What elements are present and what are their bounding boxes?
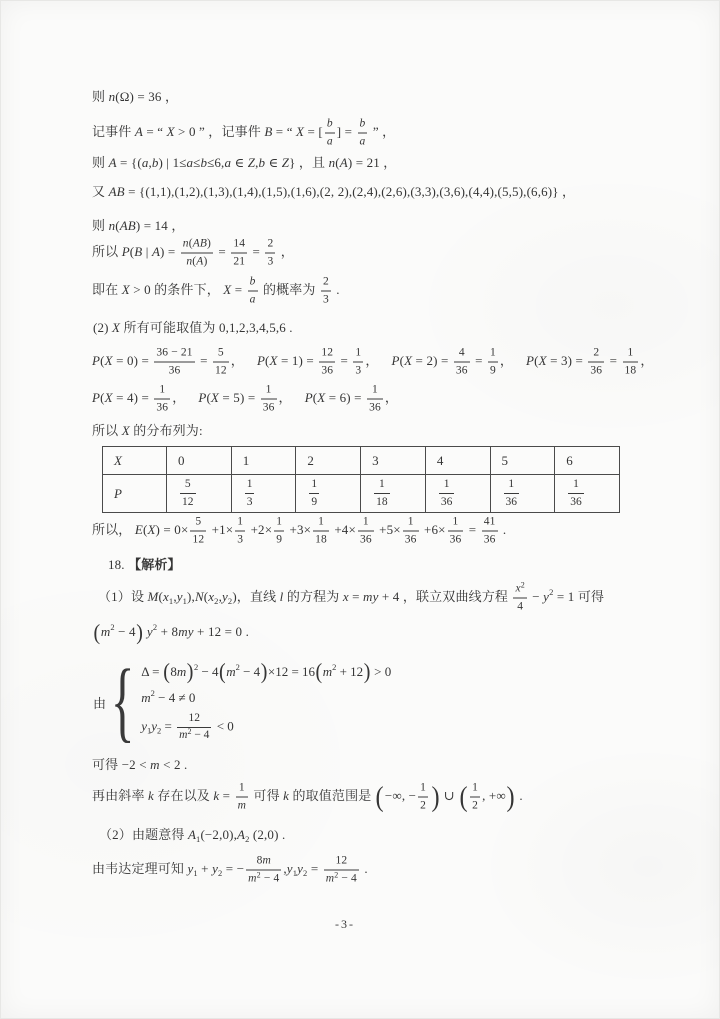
table-cell: 136 — [555, 475, 620, 513]
equation-system: 由 { Δ = (8m)2 − 4(m2 − 4)×12 = 16(m2 + 1… — [93, 661, 391, 743]
table-cell: 512 — [167, 475, 232, 513]
math-line-part2-vertices: （2）由题意得 A1(−2,0),A2 (2,0) . — [99, 827, 285, 843]
system-row-discriminant: Δ = (8m)2 − 4(m2 − 4)×12 = 16(m2 + 12) >… — [141, 663, 391, 683]
table-cell: 136 — [490, 475, 555, 513]
scanned-solution-page: 则 n(Ω) = 36 ， 记事件 A = “ X > 0 ” ，记事件 B =… — [0, 0, 720, 1019]
math-line-k-range: 再由斜率 k 存在以及 k = 1m 可得 k 的取值范围是 (−∞, −12)… — [92, 783, 523, 812]
math-line-set-ab: 又 AB = {(1,1),(1,2),(1,3),(1,4),(1,5),(1… — [92, 184, 575, 200]
table-p-label: P — [103, 475, 167, 513]
math-line-dist-intro: 所以 X 的分布列为: — [92, 423, 203, 439]
table-cell: 6 — [555, 447, 620, 475]
table-cell: 0 — [167, 447, 232, 475]
table-cell: 19 — [296, 475, 361, 513]
section-18-header: 18. 【解析】 — [108, 557, 181, 573]
math-line-n-omega: 则 n(Ω) = 36 ， — [92, 89, 178, 105]
math-line-expectation: 所以， E(X) = 0×512 +1×13 +2×19 +3×118 +4×1… — [92, 517, 506, 546]
table-cell: 2 — [296, 447, 361, 475]
table-row-p: P 512 13 19 118 136 136 136 — [103, 475, 620, 513]
table-cell: 118 — [361, 475, 426, 513]
table-cell: 3 — [361, 447, 426, 475]
system-row-nonzero: m2 − 4 ≠ 0 — [141, 690, 391, 706]
math-line-prob-4-6: P(X = 4) = 136，P(X = 5) = 136，P(X = 6) =… — [92, 385, 398, 414]
table-cell: 136 — [425, 475, 490, 513]
math-line-m-range: 可得 −2 < m < 2 . — [92, 757, 187, 773]
math-line-n-ab: 则 n(AB) = 14 ， — [92, 218, 185, 234]
table-x-label: X — [103, 447, 167, 475]
table-cell: 4 — [425, 447, 490, 475]
math-line-vieta: 由韦达定理可知 y1 + y2 = −8mm2 − 4,y1y2 = 12m2 … — [92, 856, 368, 885]
system-rows: Δ = (8m)2 − 4(m2 − 4)×12 = 16(m2 + 12) >… — [137, 663, 391, 742]
left-brace: { — [111, 661, 135, 743]
math-line-quadratic: (m2 − 4) y2 + 8my + 12 = 0 . — [93, 623, 249, 643]
system-row-product: y1y2 = 12m2 − 4 < 0 — [141, 713, 391, 742]
table-cell: 13 — [231, 475, 296, 513]
table-cell: 5 — [490, 447, 555, 475]
table-row-x: X 0 1 2 3 4 5 6 — [103, 447, 620, 475]
math-line-part2-values: (2) X 所有可能取值为 0,1,2,3,4,5,6 . — [93, 320, 293, 336]
math-line-prob-0-3: P(X = 0) = 36 − 2136 = 512，P(X = 1) = 12… — [92, 348, 653, 377]
table-cell: 1 — [231, 447, 296, 475]
page-number: -3- — [0, 917, 690, 932]
math-line-events-def: 记事件 A = “ X > 0 ” ，记事件 B = “ X = [ba] = … — [92, 119, 395, 148]
math-line-18-setup: （1）设 M(x1,y1),N(x2,y2)，直线 l 的方程为 x = my … — [98, 584, 604, 613]
math-line-conclusion-1: 即在 X > 0 的条件下， X = ba 的概率为 23 . — [92, 277, 340, 306]
math-line-set-a: 则 A = {(a,b) | 1≤a≤b≤6,a ∈ Z,b ∈ Z} ，且 n… — [92, 155, 396, 171]
system-prefix: 由 — [93, 693, 106, 712]
math-line-conditional-p: 所以 P(B | A) = n(AB)n(A) = 1421 = 23 ， — [92, 239, 294, 268]
distribution-table: X 0 1 2 3 4 5 6 P 512 13 19 118 136 136 … — [102, 446, 620, 513]
